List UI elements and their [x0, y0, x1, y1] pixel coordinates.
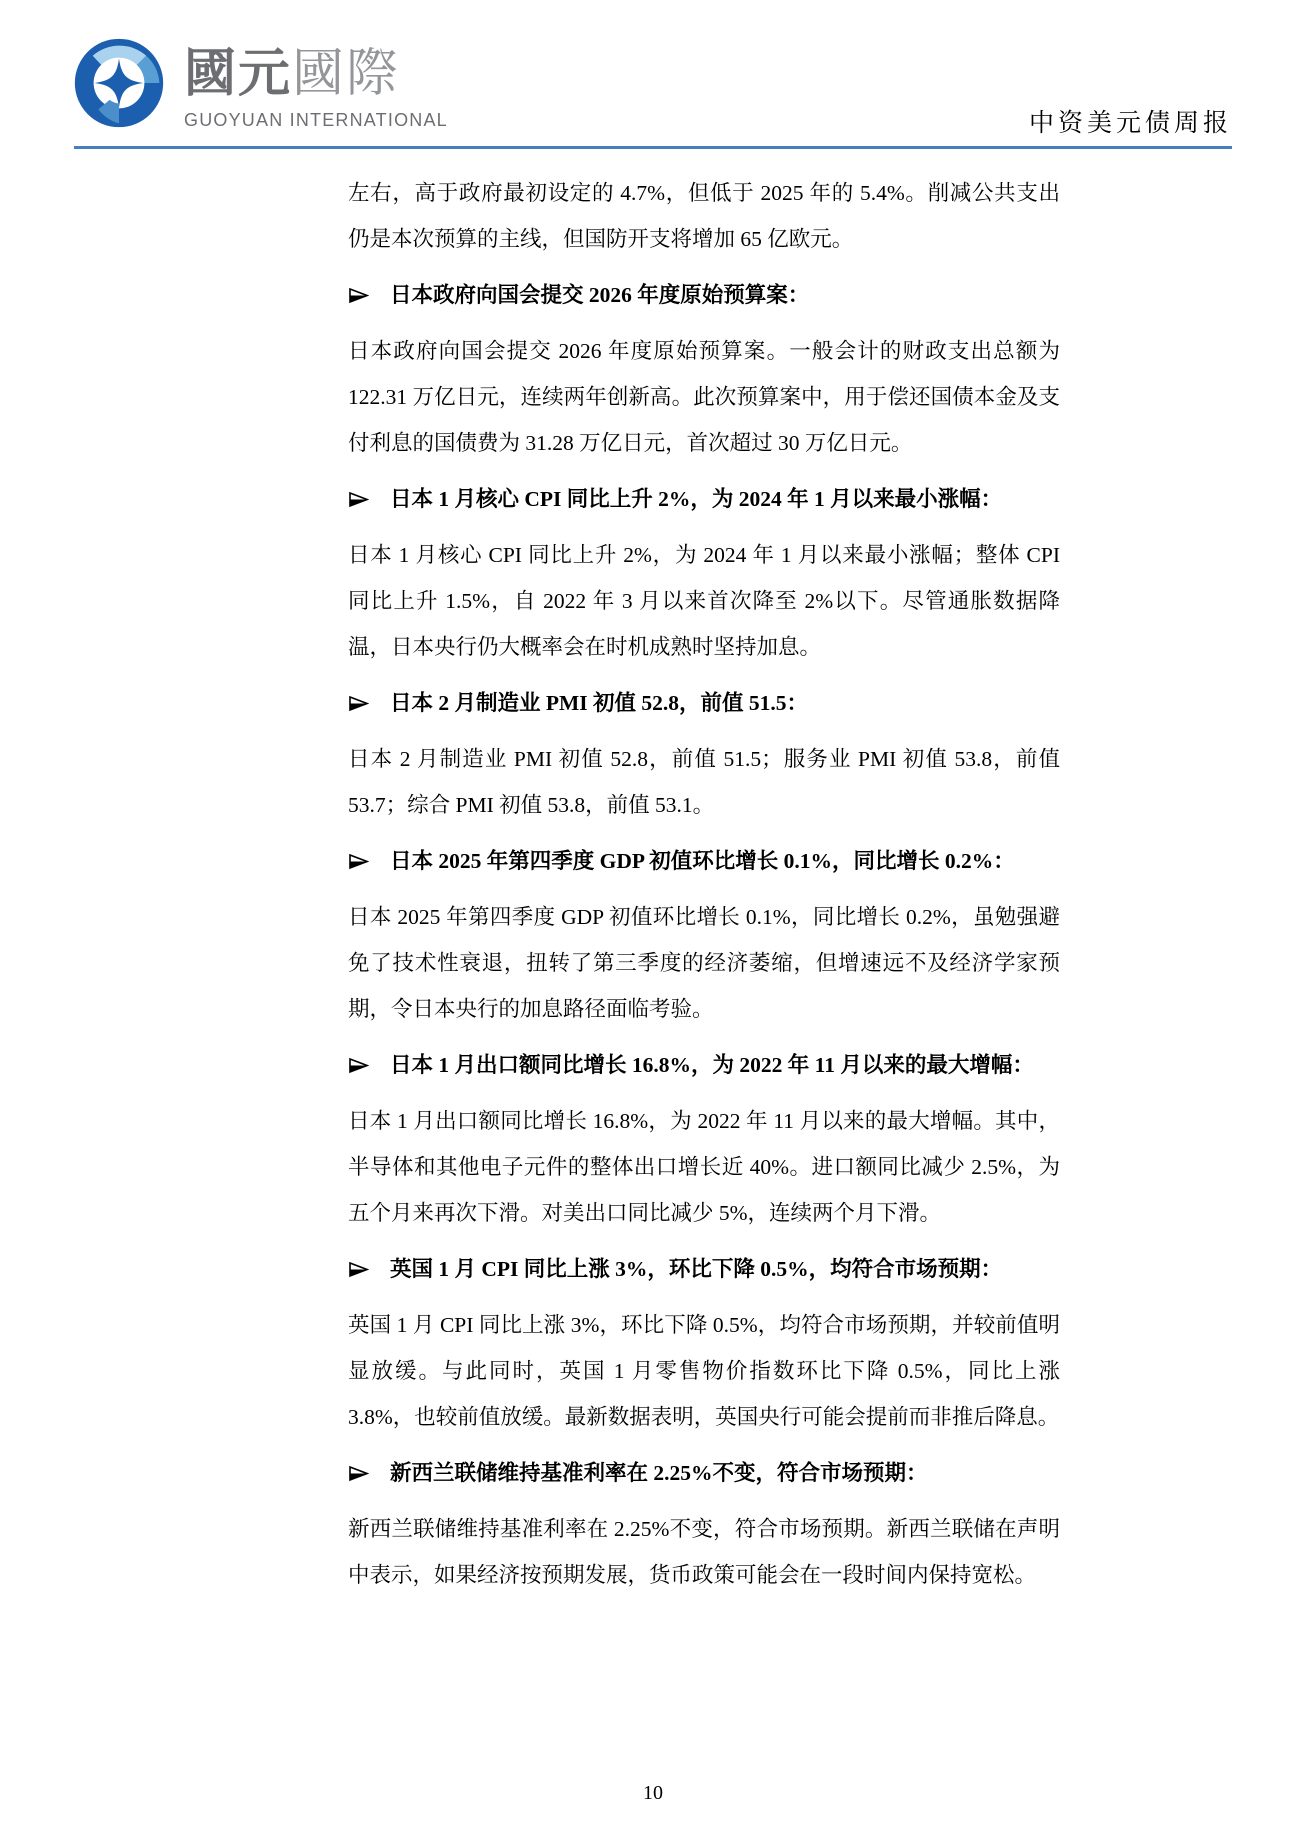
news-section-uk-cpi: 英国 1 月 CPI 同比上涨 3%，环比下降 0.5%，均符合市场预期： 英国…: [348, 1246, 1060, 1440]
guoyuan-logo-icon: [72, 36, 166, 130]
intro-paragraph: 左右，高于政府最初设定的 4.7%，但低于 2025 年的 5.4%。削减公共支…: [348, 170, 1060, 262]
section-heading-text: 新西兰联储维持基准利率在 2.25%不变，符合市场预期：: [390, 1450, 1060, 1496]
news-section-japan-pmi: 日本 2 月制造业 PMI 初值 52.8，前值 51.5： 日本 2 月制造业…: [348, 680, 1060, 828]
news-section-rbnz-rate: 新西兰联储维持基准利率在 2.25%不变，符合市场预期： 新西兰联储维持基准利率…: [348, 1450, 1060, 1598]
section-heading-text: 英国 1 月 CPI 同比上涨 3%，环比下降 0.5%，均符合市场预期：: [390, 1246, 1060, 1292]
arrow-bullet-icon: [348, 287, 390, 304]
arrow-bullet-icon: [348, 695, 390, 712]
section-heading: 日本 2 月制造业 PMI 初值 52.8，前值 51.5：: [348, 680, 1060, 726]
report-page: 國元國際 GUOYUAN INTERNATIONAL 中资美元债周报 左右，高于…: [0, 0, 1306, 1847]
section-heading: 日本 2025 年第四季度 GDP 初值环比增长 0.1%，同比增长 0.2%：: [348, 838, 1060, 884]
arrow-bullet-icon: [348, 853, 390, 870]
section-heading: 日本政府向国会提交 2026 年度原始预算案：: [348, 272, 1060, 318]
section-heading: 新西兰联储维持基准利率在 2.25%不变，符合市场预期：: [348, 1450, 1060, 1496]
news-section-japan-gdp: 日本 2025 年第四季度 GDP 初值环比增长 0.1%，同比增长 0.2%：…: [348, 838, 1060, 1032]
company-logo: 國元國際 GUOYUAN INTERNATIONAL: [72, 36, 448, 131]
page-number: 10: [0, 1782, 1306, 1805]
section-heading-text: 日本 1 月核心 CPI 同比上升 2%，为 2024 年 1 月以来最小涨幅：: [390, 476, 1060, 522]
arrow-bullet-icon: [348, 491, 390, 508]
header-divider-rule: [74, 146, 1232, 149]
news-section-japan-exports: 日本 1 月出口额同比增长 16.8%，为 2022 年 11 月以来的最大增幅…: [348, 1042, 1060, 1236]
section-heading-text: 日本 2 月制造业 PMI 初值 52.8，前值 51.5：: [390, 680, 1060, 726]
logo-name-english: GUOYUAN INTERNATIONAL: [184, 110, 448, 131]
section-heading: 英国 1 月 CPI 同比上涨 3%，环比下降 0.5%，均符合市场预期：: [348, 1246, 1060, 1292]
section-paragraph: 日本 2 月制造业 PMI 初值 52.8，前值 51.5；服务业 PMI 初值…: [348, 736, 1060, 828]
page-content: 左右，高于政府最初设定的 4.7%，但低于 2025 年的 5.4%。削减公共支…: [348, 170, 1060, 1608]
section-heading-text: 日本 1 月出口额同比增长 16.8%，为 2022 年 11 月以来的最大增幅…: [390, 1042, 1060, 1088]
section-paragraph: 新西兰联储维持基准利率在 2.25%不变，符合市场预期。新西兰联储在声明中表示，…: [348, 1506, 1060, 1598]
section-paragraph: 日本 1 月核心 CPI 同比上升 2%，为 2024 年 1 月以来最小涨幅；…: [348, 532, 1060, 670]
logo-name-zh-part2: 國際: [292, 46, 400, 103]
section-heading: 日本 1 月出口额同比增长 16.8%，为 2022 年 11 月以来的最大增幅…: [348, 1042, 1060, 1088]
section-heading-text: 日本 2025 年第四季度 GDP 初值环比增长 0.1%，同比增长 0.2%：: [390, 838, 1060, 884]
section-paragraph: 英国 1 月 CPI 同比上涨 3%，环比下降 0.5%，均符合市场预期，并较前…: [348, 1302, 1060, 1440]
section-paragraph: 日本 1 月出口额同比增长 16.8%，为 2022 年 11 月以来的最大增幅…: [348, 1098, 1060, 1236]
arrow-bullet-icon: [348, 1465, 390, 1482]
arrow-bullet-icon: [348, 1261, 390, 1278]
arrow-bullet-icon: [348, 1057, 390, 1074]
news-section-japan-budget: 日本政府向国会提交 2026 年度原始预算案： 日本政府向国会提交 2026 年…: [348, 272, 1060, 466]
section-heading: 日本 1 月核心 CPI 同比上升 2%，为 2024 年 1 月以来最小涨幅：: [348, 476, 1060, 522]
section-paragraph: 日本政府向国会提交 2026 年度原始预算案。一般会计的财政支出总额为 122.…: [348, 328, 1060, 466]
report-title: 中资美元债周报: [1029, 103, 1232, 139]
logo-text-block: 國元國際 GUOYUAN INTERNATIONAL: [184, 36, 448, 131]
news-section-japan-core-cpi: 日本 1 月核心 CPI 同比上升 2%，为 2024 年 1 月以来最小涨幅：…: [348, 476, 1060, 670]
logo-name-zh-part1: 國元: [184, 46, 292, 103]
logo-name-chinese: 國元國際: [184, 46, 448, 103]
section-paragraph: 日本 2025 年第四季度 GDP 初值环比增长 0.1%，同比增长 0.2%，…: [348, 894, 1060, 1032]
section-heading-text: 日本政府向国会提交 2026 年度原始预算案：: [390, 272, 1060, 318]
